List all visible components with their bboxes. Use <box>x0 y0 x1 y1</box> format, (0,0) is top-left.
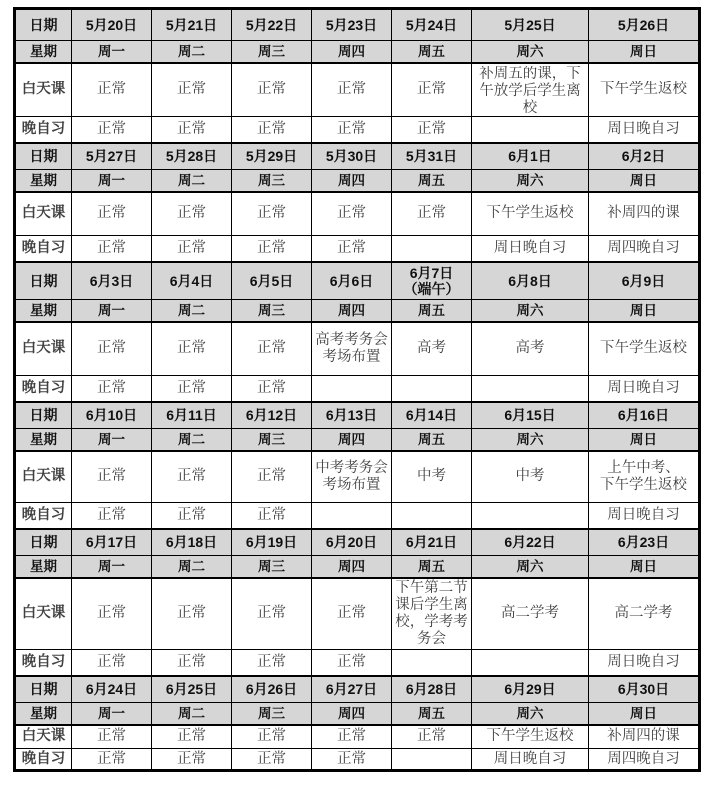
table-row-evening_study: 晚自习正常正常正常正常周日晚自习 <box>15 650 700 676</box>
evening-study-cell: 周日晚自习 <box>589 503 700 529</box>
weekday-cell: 周日 <box>589 429 700 451</box>
date-cell-text: 5月28日 <box>154 148 229 164</box>
date-cell-text: 6月1日 <box>474 148 586 164</box>
dayclass-cell: 正常 <box>232 63 312 117</box>
table-row-weekday: 星期周一周二周三周四周五周六周日 <box>15 703 700 725</box>
date-cell-text: 6月17日 <box>74 534 149 550</box>
date-cell-text: 6月30日 <box>591 681 696 697</box>
evening-study-cell-text: 正常 <box>74 121 149 138</box>
dayclass-cell: 正常 <box>152 725 232 749</box>
evening-study-cell-text: 正常 <box>154 654 229 671</box>
table-row-weekday: 星期周一周二周三周四周五周六周日 <box>15 41 700 63</box>
table-row-evening_study: 晚自习正常正常正常周日晚自习 <box>15 376 700 402</box>
row-label-weekday: 星期 <box>15 300 72 322</box>
evening-study-cell: 正常 <box>392 117 472 143</box>
evening-study-cell: 周四晚自习 <box>589 236 700 262</box>
weekday-cell-text: 周二 <box>154 43 229 60</box>
table-row-date: 日期5月27日5月28日5月29日5月30日5月31日6月1日6月2日 <box>15 143 700 170</box>
dayclass-cell-text: 下午学生返校 <box>591 340 696 357</box>
dayclass-cell-text: 正常 <box>314 205 389 222</box>
table-row-weekday: 星期周一周二周三周四周五周六周日 <box>15 556 700 578</box>
row-label-text: 日期 <box>18 148 69 164</box>
weekday-cell-text: 周四 <box>314 558 389 575</box>
evening-study-cell: 正常 <box>72 650 152 676</box>
date-cell-text: 5月26日 <box>591 17 696 33</box>
row-label-text: 星期 <box>18 172 69 189</box>
row-label-text: 白天课 <box>18 205 69 222</box>
row-label-text: 白天课 <box>18 728 69 745</box>
date-cell: 5月25日 <box>472 9 589 41</box>
weekday-cell-text: 周三 <box>234 705 309 722</box>
evening-study-cell: 正常 <box>312 650 392 676</box>
date-cell-text: 6月19日 <box>234 534 309 550</box>
row-label-weekday: 星期 <box>15 703 72 725</box>
date-cell: 5月28日 <box>152 143 232 170</box>
weekday-cell-text: 周日 <box>591 705 696 722</box>
table-row-day_class: 白天课正常正常正常正常正常下午学生返校补周四的课 <box>15 192 700 236</box>
evening-study-cell <box>312 376 392 402</box>
dayclass-cell: 正常 <box>72 451 152 503</box>
evening-study-cell-text: 正常 <box>74 507 149 524</box>
evening-study-cell: 正常 <box>152 749 232 771</box>
weekday-cell-text: 周五 <box>394 43 469 60</box>
evening-study-cell: 正常 <box>152 503 232 529</box>
date-cell: 6月3日 <box>72 262 152 300</box>
row-label-text: 晚自习 <box>18 240 69 257</box>
dayclass-cell: 上午中考、 下午学生返校 <box>589 451 700 503</box>
weekday-cell: 周六 <box>472 556 589 578</box>
evening-study-cell <box>392 503 472 529</box>
row-label-text: 星期 <box>18 431 69 448</box>
date-cell-text: 6月20日 <box>314 534 389 550</box>
weekday-cell: 周三 <box>232 41 312 63</box>
dayclass-cell-text: 补周四的课 <box>591 205 696 222</box>
date-cell-text: 5月29日 <box>234 148 309 164</box>
date-cell: 5月20日 <box>72 9 152 41</box>
dayclass-cell-text: 下午学生返校 <box>474 205 586 222</box>
dayclass-cell-text: 正常 <box>394 81 469 98</box>
dayclass-cell-text: 高二学考 <box>474 605 586 622</box>
weekday-cell: 周二 <box>152 170 232 192</box>
weekday-cell: 周四 <box>312 703 392 725</box>
weekday-cell-text: 周日 <box>591 172 696 189</box>
date-cell-text: 6月24日 <box>74 681 149 697</box>
weekday-cell-text: 周日 <box>591 43 696 60</box>
evening-study-cell: 正常 <box>232 376 312 402</box>
dayclass-cell-text: 正常 <box>74 728 149 745</box>
evening-study-cell: 周四晚自习 <box>589 749 700 771</box>
dayclass-cell-text: 正常 <box>154 205 229 222</box>
dayclass-cell-text: 高考 <box>394 340 469 357</box>
weekday-cell: 周三 <box>232 429 312 451</box>
row-label-evening_study: 晚自习 <box>15 376 72 402</box>
row-label-text: 日期 <box>18 534 69 550</box>
weekday-cell: 周日 <box>589 170 700 192</box>
date-cell: 6月4日 <box>152 262 232 300</box>
evening-study-cell-text: 周日晚自习 <box>591 507 696 524</box>
dayclass-cell: 正常 <box>312 192 392 236</box>
dayclass-cell-text: 下午第二节课后学生离校，学考考务会 <box>394 580 469 648</box>
date-cell: 5月27日 <box>72 143 152 170</box>
dayclass-cell: 中考考务会考场布置 <box>312 451 392 503</box>
date-cell: 6月28日 <box>392 676 472 703</box>
row-label-date: 日期 <box>15 529 72 556</box>
evening-study-cell: 正常 <box>312 117 392 143</box>
date-cell: 6月24日 <box>72 676 152 703</box>
row-label-text: 晚自习 <box>18 121 69 138</box>
table-row-evening_study: 晚自习正常正常正常正常周日晚自习周四晚自习 <box>15 749 700 771</box>
weekday-cell-text: 周一 <box>74 431 149 448</box>
evening-study-cell <box>312 503 392 529</box>
weekday-cell-text: 周一 <box>74 172 149 189</box>
date-cell-text: 5月30日 <box>314 148 389 164</box>
dayclass-cell: 中考 <box>392 451 472 503</box>
date-cell-text: 6月26日 <box>234 681 309 697</box>
dayclass-cell: 正常 <box>232 578 312 650</box>
date-cell-text: 6月3日 <box>74 273 149 289</box>
date-cell: 5月22日 <box>232 9 312 41</box>
table-row-evening_study: 晚自习正常正常正常周日晚自习 <box>15 503 700 529</box>
dayclass-cell-text: 正常 <box>234 468 309 485</box>
dayclass-cell-text: 高二学考 <box>591 605 696 622</box>
dayclass-cell-text: 正常 <box>74 205 149 222</box>
dayclass-cell-text: 正常 <box>394 205 469 222</box>
dayclass-cell: 高考 <box>392 322 472 376</box>
evening-study-cell: 正常 <box>72 117 152 143</box>
table-row-date: 日期6月17日6月18日6月19日6月20日6月21日6月22日6月23日 <box>15 529 700 556</box>
evening-study-cell-text: 正常 <box>394 121 469 138</box>
weekday-cell-text: 周五 <box>394 705 469 722</box>
weekday-cell-text: 周六 <box>474 431 586 448</box>
row-label-text: 星期 <box>18 558 69 575</box>
row-label-text: 星期 <box>18 302 69 319</box>
dayclass-cell-text: 正常 <box>74 605 149 622</box>
dayclass-cell-text: 中考考务会考场布置 <box>314 460 389 494</box>
dayclass-cell: 正常 <box>72 63 152 117</box>
evening-study-cell: 正常 <box>72 503 152 529</box>
weekday-cell-text: 周二 <box>154 705 229 722</box>
weekday-cell: 周二 <box>152 556 232 578</box>
date-cell-text: 5月23日 <box>314 17 389 33</box>
table-row-day_class: 白天课正常正常正常中考考务会考场布置中考中考上午中考、 下午学生返校 <box>15 451 700 503</box>
date-cell: 6月18日 <box>152 529 232 556</box>
evening-study-cell: 正常 <box>72 236 152 262</box>
date-cell: 6月13日 <box>312 402 392 429</box>
date-cell-text: 6月4日 <box>154 273 229 289</box>
table-row-evening_study: 晚自习正常正常正常正常周日晚自习周四晚自习 <box>15 236 700 262</box>
date-cell: 5月21日 <box>152 9 232 41</box>
date-cell-text: 5月22日 <box>234 17 309 33</box>
date-cell-text: 6月2日 <box>591 148 696 164</box>
weekday-cell-text: 周一 <box>74 558 149 575</box>
evening-study-cell-text: 周四晚自习 <box>591 240 696 257</box>
row-label-date: 日期 <box>15 402 72 429</box>
row-label-day_class: 白天课 <box>15 63 72 117</box>
weekday-cell: 周六 <box>472 170 589 192</box>
dayclass-cell: 正常 <box>232 451 312 503</box>
weekday-cell: 周四 <box>312 556 392 578</box>
weekday-cell: 周四 <box>312 41 392 63</box>
date-cell-text: 6月15日 <box>474 407 586 423</box>
evening-study-cell: 正常 <box>152 376 232 402</box>
date-cell: 6月26日 <box>232 676 312 703</box>
dayclass-cell: 正常 <box>152 578 232 650</box>
evening-study-cell: 正常 <box>312 236 392 262</box>
weekday-cell: 周三 <box>232 170 312 192</box>
dayclass-cell: 下午学生返校 <box>589 63 700 117</box>
weekday-cell-text: 周二 <box>154 558 229 575</box>
row-label-weekday: 星期 <box>15 170 72 192</box>
evening-study-cell-text: 正常 <box>234 654 309 671</box>
weekday-cell: 周四 <box>312 170 392 192</box>
evening-study-cell-text: 正常 <box>234 240 309 257</box>
dayclass-cell: 正常 <box>312 578 392 650</box>
date-cell: 6月11日 <box>152 402 232 429</box>
dayclass-cell: 正常 <box>392 725 472 749</box>
date-cell-text: 6月11日 <box>154 407 229 423</box>
evening-study-cell <box>392 650 472 676</box>
dayclass-cell: 下午学生返校 <box>589 322 700 376</box>
date-cell: 5月24日 <box>392 9 472 41</box>
weekday-cell: 周六 <box>472 703 589 725</box>
weekday-cell: 周五 <box>392 41 472 63</box>
weekday-cell: 周一 <box>72 170 152 192</box>
dayclass-cell: 补周四的课 <box>589 192 700 236</box>
date-cell: 6月12日 <box>232 402 312 429</box>
table-row-date: 日期6月10日6月11日6月12日6月13日6月14日6月15日6月16日 <box>15 402 700 429</box>
date-cell-text: 5月31日 <box>394 148 469 164</box>
dayclass-cell: 正常 <box>392 63 472 117</box>
weekday-cell-text: 周三 <box>234 302 309 319</box>
row-label-date: 日期 <box>15 9 72 41</box>
table-row-date: 日期5月20日5月21日5月22日5月23日5月24日5月25日5月26日 <box>15 9 700 41</box>
date-cell: 6月5日 <box>232 262 312 300</box>
weekday-cell: 周日 <box>589 703 700 725</box>
date-cell-text: 6月22日 <box>474 534 586 550</box>
weekday-cell: 周五 <box>392 703 472 725</box>
evening-study-cell <box>472 376 589 402</box>
weekday-cell-text: 周三 <box>234 172 309 189</box>
weekday-cell: 周一 <box>72 429 152 451</box>
dayclass-cell-text: 正常 <box>154 728 229 745</box>
evening-study-cell-text: 正常 <box>314 240 389 257</box>
dayclass-cell-text: 正常 <box>154 81 229 98</box>
evening-study-cell-text: 周日晚自习 <box>591 380 696 397</box>
weekday-cell: 周三 <box>232 556 312 578</box>
dayclass-cell-text: 正常 <box>234 205 309 222</box>
evening-study-cell-text: 正常 <box>234 380 309 397</box>
row-label-day_class: 白天课 <box>15 322 72 376</box>
evening-study-cell-text: 正常 <box>154 507 229 524</box>
weekday-cell-text: 周日 <box>591 302 696 319</box>
weekday-cell-text: 周四 <box>314 302 389 319</box>
weekday-cell-text: 周三 <box>234 43 309 60</box>
date-cell-text: 6月10日 <box>74 407 149 423</box>
date-cell: 6月2日 <box>589 143 700 170</box>
dayclass-cell: 中考 <box>472 451 589 503</box>
weekday-cell-text: 周五 <box>394 558 469 575</box>
date-cell: 6月8日 <box>472 262 589 300</box>
weekday-cell-text: 周五 <box>394 302 469 319</box>
date-cell-text: 6月18日 <box>154 534 229 550</box>
date-cell-text: 6月5日 <box>234 273 309 289</box>
weekday-cell-text: 周四 <box>314 172 389 189</box>
dayclass-cell: 高二学考 <box>472 578 589 650</box>
dayclass-cell-text: 正常 <box>154 468 229 485</box>
weekday-cell: 周五 <box>392 170 472 192</box>
evening-study-cell-text: 正常 <box>314 654 389 671</box>
dayclass-cell-text: 正常 <box>234 81 309 98</box>
weekday-cell-text: 周六 <box>474 172 586 189</box>
date-cell: 6月7日 （端午） <box>392 262 472 300</box>
date-cell: 6月17日 <box>72 529 152 556</box>
dayclass-cell-text: 正常 <box>154 340 229 357</box>
row-label-text: 白天课 <box>18 340 69 357</box>
weekday-cell-text: 周四 <box>314 43 389 60</box>
row-label-date: 日期 <box>15 262 72 300</box>
schedule-table-body: 日期5月20日5月21日5月22日5月23日5月24日5月25日5月26日星期周… <box>15 9 700 771</box>
evening-study-cell-text: 正常 <box>154 121 229 138</box>
row-label-text: 日期 <box>18 407 69 423</box>
evening-study-cell: 周日晚自习 <box>472 749 589 771</box>
evening-study-cell <box>392 376 472 402</box>
weekday-cell-text: 周一 <box>74 705 149 722</box>
dayclass-cell-text: 正常 <box>74 81 149 98</box>
weekday-cell-text: 周五 <box>394 172 469 189</box>
evening-study-cell: 周日晚自习 <box>472 236 589 262</box>
evening-study-cell: 正常 <box>232 749 312 771</box>
evening-study-cell-text: 正常 <box>74 380 149 397</box>
date-cell-text: 6月6日 <box>314 273 389 289</box>
row-label-text: 晚自习 <box>18 507 69 524</box>
table-row-evening_study: 晚自习正常正常正常正常正常周日晚自习 <box>15 117 700 143</box>
dayclass-cell-text: 正常 <box>234 728 309 745</box>
date-cell-text: 5月20日 <box>74 17 149 33</box>
row-label-day_class: 白天课 <box>15 192 72 236</box>
weekday-cell-text: 周三 <box>234 431 309 448</box>
row-label-evening_study: 晚自习 <box>15 503 72 529</box>
evening-study-cell: 正常 <box>232 117 312 143</box>
weekday-cell: 周五 <box>392 300 472 322</box>
table-row-weekday: 星期周一周二周三周四周五周六周日 <box>15 170 700 192</box>
evening-study-cell <box>472 650 589 676</box>
dayclass-cell-text: 下午学生返校 <box>474 728 586 745</box>
evening-study-cell <box>392 236 472 262</box>
table-row-date: 日期6月24日6月25日6月26日6月27日6月28日6月29日6月30日 <box>15 676 700 703</box>
date-cell: 5月31日 <box>392 143 472 170</box>
date-cell: 6月29日 <box>472 676 589 703</box>
date-cell: 5月26日 <box>589 9 700 41</box>
evening-study-cell: 周日晚自习 <box>589 376 700 402</box>
weekday-cell-text: 周二 <box>154 431 229 448</box>
table-row-weekday: 星期周一周二周三周四周五周六周日 <box>15 300 700 322</box>
date-cell: 6月27日 <box>312 676 392 703</box>
dayclass-cell-text: 正常 <box>74 468 149 485</box>
evening-study-cell: 正常 <box>232 650 312 676</box>
table-row-day_class: 白天课正常正常正常正常正常补周五的课，下午放学后学生离校下午学生返校 <box>15 63 700 117</box>
evening-study-cell: 正常 <box>152 117 232 143</box>
table-row-day_class: 白天课正常正常正常正常下午第二节课后学生离校，学考考务会高二学考高二学考 <box>15 578 700 650</box>
weekday-cell: 周六 <box>472 300 589 322</box>
row-label-evening_study: 晚自习 <box>15 749 72 771</box>
weekday-cell-text: 周二 <box>154 172 229 189</box>
row-label-text: 晚自习 <box>18 654 69 671</box>
evening-study-cell: 正常 <box>152 236 232 262</box>
dayclass-cell: 正常 <box>152 451 232 503</box>
date-cell: 6月10日 <box>72 402 152 429</box>
weekday-cell: 周五 <box>392 556 472 578</box>
dayclass-cell: 正常 <box>312 725 392 749</box>
row-label-text: 晚自习 <box>18 751 69 768</box>
evening-study-cell <box>472 503 589 529</box>
dayclass-cell: 下午第二节课后学生离校，学考考务会 <box>392 578 472 650</box>
weekday-cell: 周日 <box>589 300 700 322</box>
date-cell: 5月23日 <box>312 9 392 41</box>
evening-study-cell-text: 正常 <box>234 121 309 138</box>
date-cell: 6月30日 <box>589 676 700 703</box>
dayclass-cell: 正常 <box>152 322 232 376</box>
dayclass-cell-text: 正常 <box>314 605 389 622</box>
weekday-cell: 周一 <box>72 41 152 63</box>
date-cell-text: 6月28日 <box>394 681 469 697</box>
dayclass-cell: 正常 <box>72 192 152 236</box>
date-cell-text: 6月9日 <box>591 273 696 289</box>
row-label-evening_study: 晚自习 <box>15 117 72 143</box>
weekday-cell: 周二 <box>152 429 232 451</box>
dayclass-cell: 补周四的课 <box>589 725 700 749</box>
date-cell: 6月9日 <box>589 262 700 300</box>
evening-study-cell <box>392 749 472 771</box>
dayclass-cell: 正常 <box>72 578 152 650</box>
dayclass-cell: 高考 <box>472 322 589 376</box>
dayclass-cell-text: 正常 <box>314 728 389 745</box>
weekday-cell: 周一 <box>72 300 152 322</box>
date-cell-text: 6月14日 <box>394 407 469 423</box>
weekday-cell-text: 周六 <box>474 705 586 722</box>
weekday-cell: 周二 <box>152 703 232 725</box>
weekday-cell-text: 周日 <box>591 558 696 575</box>
weekday-cell: 周三 <box>232 703 312 725</box>
row-label-weekday: 星期 <box>15 41 72 63</box>
evening-study-cell-text: 正常 <box>154 751 229 768</box>
evening-study-cell-text: 正常 <box>314 751 389 768</box>
weekday-cell: 周六 <box>472 41 589 63</box>
row-label-text: 日期 <box>18 681 69 697</box>
evening-study-cell: 正常 <box>232 503 312 529</box>
dayclass-cell-text: 补周五的课，下午放学后学生离校 <box>474 66 586 113</box>
weekday-cell: 周二 <box>152 41 232 63</box>
date-cell-text: 6月21日 <box>394 534 469 550</box>
evening-study-cell: 正常 <box>312 749 392 771</box>
date-cell: 6月6日 <box>312 262 392 300</box>
evening-study-cell-text: 周日晚自习 <box>591 121 696 138</box>
row-label-day_class: 白天课 <box>15 451 72 503</box>
date-cell-text: 5月21日 <box>154 17 229 33</box>
date-cell-text: 6月13日 <box>314 407 389 423</box>
dayclass-cell: 正常 <box>392 192 472 236</box>
evening-study-cell: 周日晚自习 <box>589 650 700 676</box>
dayclass-cell: 正常 <box>152 63 232 117</box>
dayclass-cell: 正常 <box>72 725 152 749</box>
weekday-cell: 周四 <box>312 429 392 451</box>
weekday-cell: 周二 <box>152 300 232 322</box>
evening-study-cell-text: 正常 <box>74 654 149 671</box>
date-cell-text: 6月25日 <box>154 681 229 697</box>
weekday-cell-text: 周日 <box>591 431 696 448</box>
table-row-day_class: 白天课正常正常正常正常正常下午学生返校补周四的课 <box>15 725 700 749</box>
row-label-date: 日期 <box>15 676 72 703</box>
row-label-text: 白天课 <box>18 605 69 622</box>
